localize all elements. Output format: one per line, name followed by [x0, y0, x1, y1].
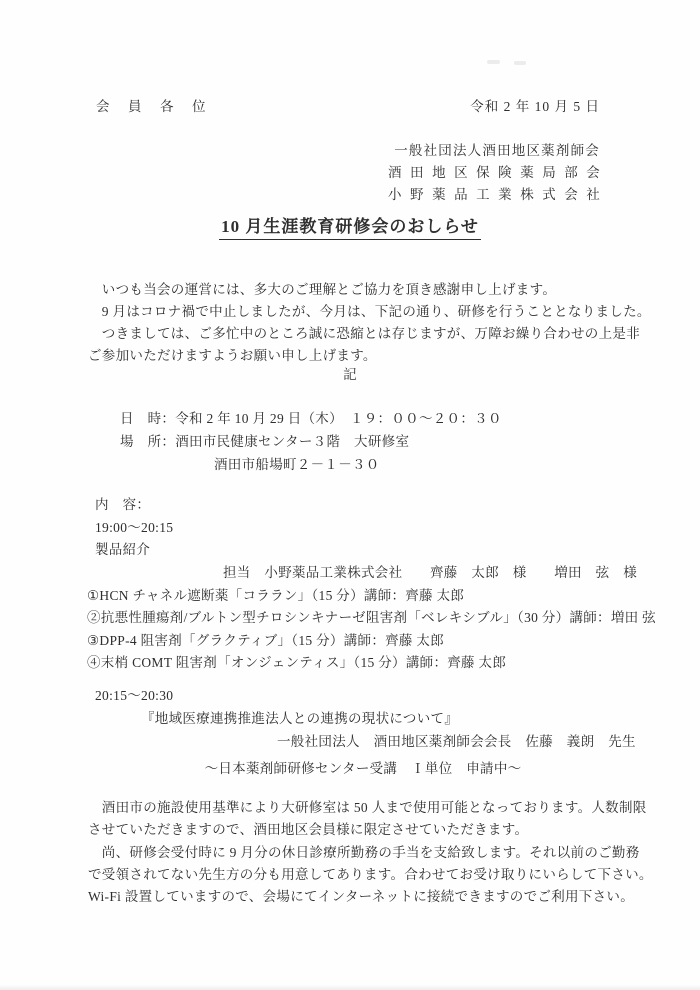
- intro-line: 9 月はコロナ禍で中止しましたが、今月は、下記の通り、研修を行うこととなりました…: [88, 302, 651, 322]
- capacity-note-line: させていただきますので、酒田地区会員様に限定させていただきます。: [88, 820, 528, 840]
- session1-time: 19:00～20:15: [95, 518, 173, 538]
- contents-heading: 内 容：: [95, 495, 150, 515]
- product-item: ③DPP-4 阻害剤「グラクティブ」（15 分）講師：齊藤 太郎: [87, 631, 444, 651]
- org-pharmacy-division: 酒 田 地 区 保 険 薬 局 部 会: [388, 163, 600, 183]
- scan-artifact: [487, 60, 500, 64]
- product-item: ②抗悪性腫瘍剤/ブルトン型チロシンキナーゼ阻害剤「ベレキシブル」（30 分）講師…: [87, 608, 656, 628]
- intro-line: つきましては、ご多忙中のところ誠に恐縮とは存じますが、万障お繰り合わせの上是非: [88, 324, 640, 344]
- document-title: 10 月生涯教育研修会のおしらせ: [0, 217, 700, 237]
- record-mark: 記: [0, 365, 700, 385]
- allowance-note-line: で受領されてない先生方の分も用意してあります。合わせてお受け取りにいらして下さい…: [88, 865, 653, 885]
- intro-line: いつも当会の運営には、多大のご理解とご協力を頂き感謝申し上げます。: [88, 280, 556, 300]
- session2-title: 『地域医療連携推進法人との連携の現状について』: [141, 709, 458, 729]
- org-association: 一般社団法人酒田地区薬剤師会: [388, 141, 600, 161]
- event-place: 場 所：酒田市民健康センター３階 大研修室: [120, 432, 409, 452]
- allowance-note-line: 尚、研修会受付時に 9 月分の休日診療所勤務の手当を支給致します。それ以前のご勤…: [88, 843, 640, 863]
- event-datetime: 日 時：令和 2 年 10 月 29 日（木） １９：００～２０：３０: [120, 409, 502, 429]
- product-item: ①HCN チャネル遮断薬「コララン」（15 分）講師：齊藤 太郎: [87, 586, 464, 606]
- product-item: ④末梢 COMT 阻害剤「オンジェンティス」（15 分）講師：齊藤 太郎: [87, 653, 506, 673]
- session1-presenters: 担当 小野薬品工業株式会社 齊藤 太郎 様 増田 弦 様: [223, 563, 637, 583]
- credit-note: ～日本薬剤師研修センター受講 Ｉ単位 申請中～: [0, 759, 700, 779]
- allowance-note-line: Wi-Fi 設置していますので、会場にてインターネットに接続できますのでご利用下…: [88, 887, 634, 907]
- session2-time: 20:15～20:30: [95, 686, 173, 706]
- document-title-text: 10 月生涯教育研修会のおしらせ: [219, 217, 481, 240]
- scan-artifact: [514, 61, 526, 65]
- intro-line: ご参加いただけますようお願い申し上げます。: [88, 346, 377, 366]
- issue-date: 令和 2 年 10 月 5 日: [470, 97, 600, 117]
- recipient: 会 員 各 位: [96, 97, 208, 117]
- document-page: 会 員 各 位 令和 2 年 10 月 5 日 一般社団法人酒田地区薬剤師会 酒…: [0, 0, 700, 990]
- scan-edge: [0, 984, 700, 990]
- event-address: 酒田市船場町２－１－３０: [214, 455, 380, 475]
- org-company: 小 野 薬 品 工 業 株 式 会 社: [388, 185, 600, 205]
- session1-title: 製品紹介: [95, 540, 150, 560]
- capacity-note-line: 酒田市の施設使用基準により大研修室は 50 人まで使用可能となっております。人数…: [88, 798, 647, 818]
- session2-speaker: 一般社団法人 酒田地区薬剤師会会長 佐藤 義朗 先生: [277, 732, 636, 752]
